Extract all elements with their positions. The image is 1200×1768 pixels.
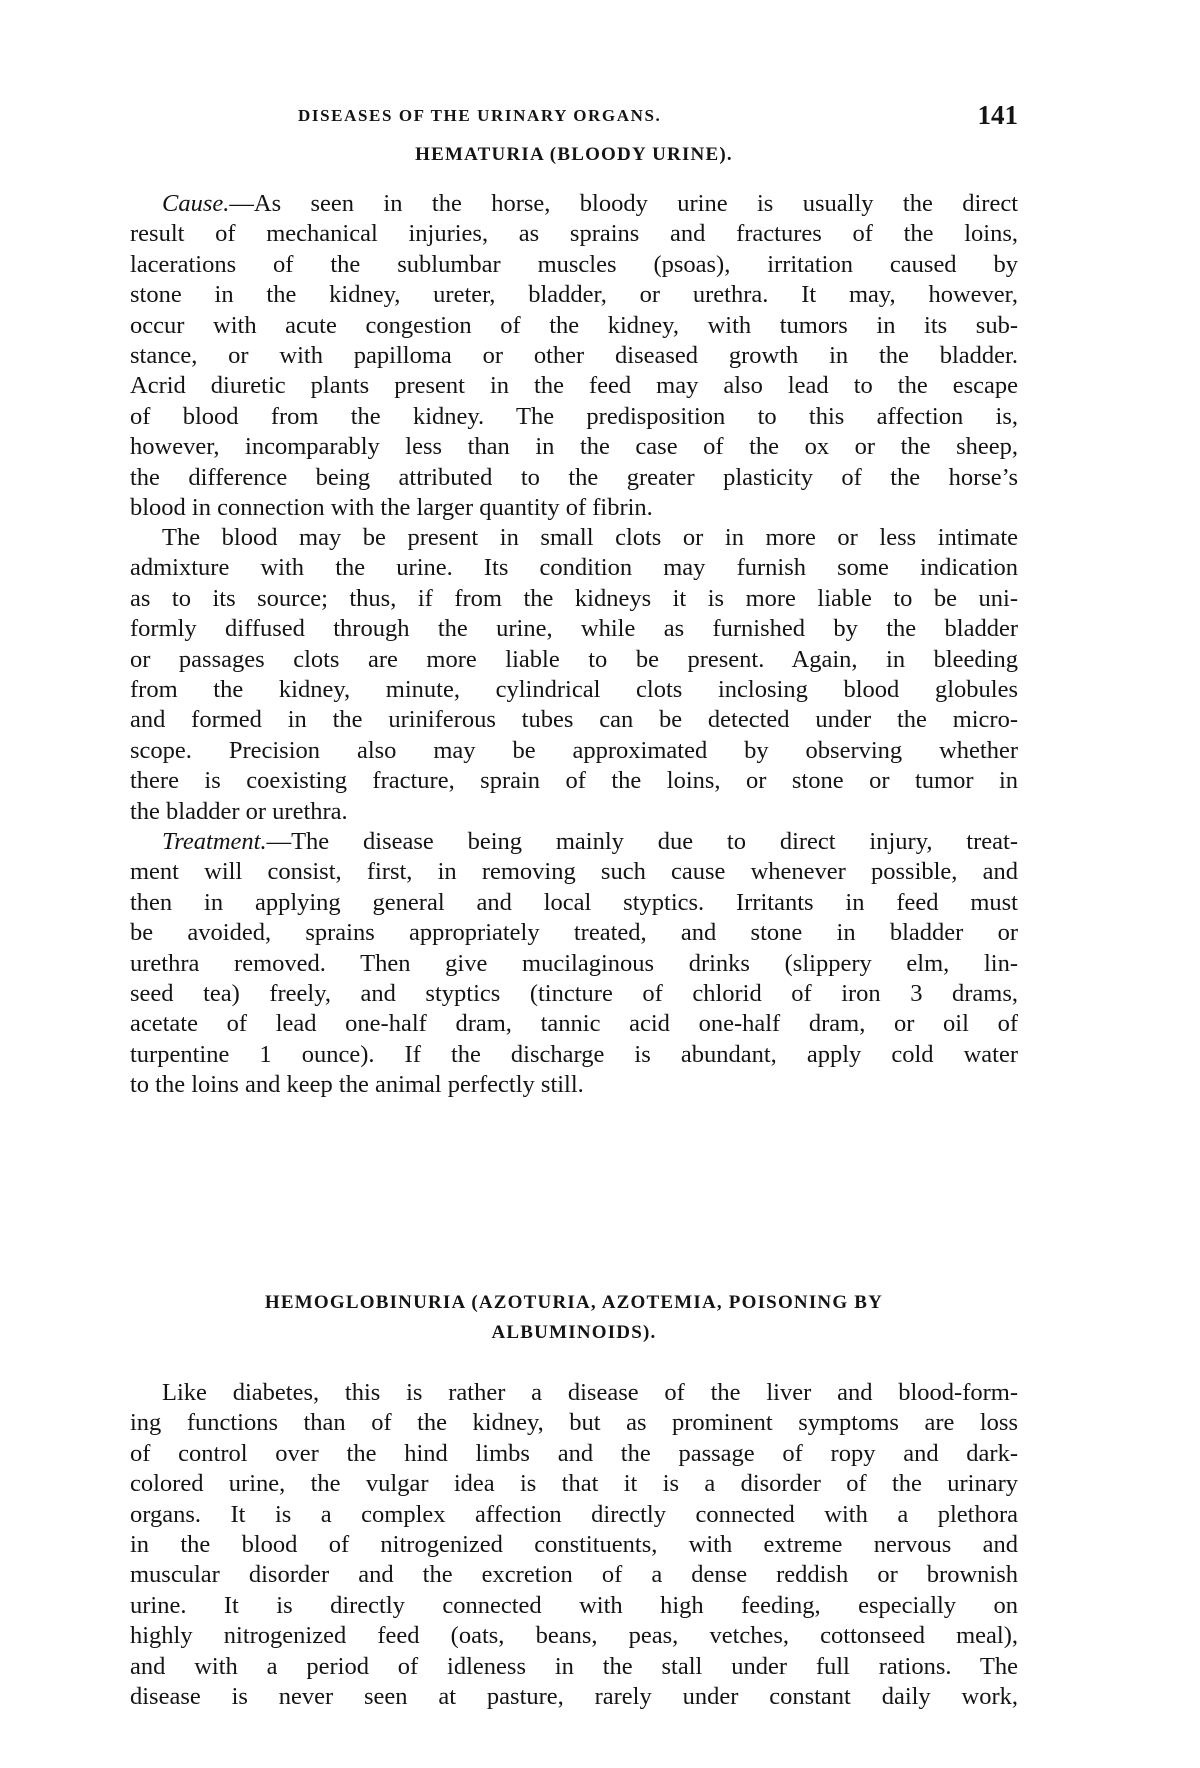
text-line: in the blood of nitrogenized constituent…: [130, 1530, 1018, 1560]
text-line: disease is never seen at pasture, rarely…: [130, 1682, 1018, 1712]
text-line: ing functions than of the kidney, but as…: [130, 1408, 1018, 1438]
book-page: DISEASES OF THE URINARY ORGANS. 141 HEMA…: [0, 0, 1200, 1768]
text-line: formly diffused through the urine, while…: [130, 614, 1018, 644]
text-line: to the loins and keep the animal perfect…: [130, 1070, 1018, 1100]
text-line: however, incomparably less than in the c…: [130, 432, 1018, 462]
page-number: 141: [978, 100, 1019, 131]
heading-line: ALBUMINOIDS).: [130, 1318, 1018, 1348]
paragraph-hemoglobinuria: Like diabetes, this is rather a disease …: [130, 1378, 1018, 1712]
text-line: lacerations of the sublumbar muscles (ps…: [130, 250, 1018, 280]
text-line: there is coexisting fracture, sprain of …: [130, 766, 1018, 796]
text-line: Cause.—As seen in the horse, bloody urin…: [130, 189, 1018, 219]
text-line: result of mechanical injuries, as sprain…: [130, 219, 1018, 249]
running-head: DISEASES OF THE URINARY ORGANS. 141: [130, 100, 1018, 130]
heading-line: HEMOGLOBINURIA (AZOTURIA, AZOTEMIA, POIS…: [130, 1288, 1018, 1318]
text-line: urine. It is directly connected with hig…: [130, 1591, 1018, 1621]
text-line: the difference being attributed to the g…: [130, 463, 1018, 493]
text-line: and with a period of idleness in the sta…: [130, 1652, 1018, 1682]
text-line: or passages clots are more liable to be …: [130, 645, 1018, 675]
text-line: acetate of lead one-half dram, tannic ac…: [130, 1009, 1018, 1039]
text-line: of control over the hind limbs and the p…: [130, 1439, 1018, 1469]
text-line: blood in connection with the larger quan…: [130, 493, 1018, 523]
text-line: colored urine, the vulgar idea is that i…: [130, 1469, 1018, 1499]
text-line: organs. It is a complex affection direct…: [130, 1500, 1018, 1530]
text-line: Treatment.—The disease being mainly due …: [130, 827, 1018, 857]
text-line: Like diabetes, this is rather a disease …: [130, 1378, 1018, 1408]
text-line: from the kidney, minute, cylindrical clo…: [130, 675, 1018, 705]
text-line: occur with acute congestion of the kidne…: [130, 311, 1018, 341]
text-line: scope. Precision also may be approximate…: [130, 736, 1018, 766]
section-heading-hematuria: HEMATURIA (BLOODY URINE).: [130, 140, 1018, 170]
text-line: and formed in the uriniferous tubes can …: [130, 705, 1018, 735]
paragraph-cause: Cause.—As seen in the horse, bloody urin…: [130, 189, 1018, 523]
text-line: highly nitrogenized feed (oats, beans, p…: [130, 1621, 1018, 1651]
text-line: the bladder or urethra.: [130, 797, 1018, 827]
paragraph-lead: Cause.: [162, 190, 229, 217]
text-line: admixture with the urine. Its condition …: [130, 553, 1018, 583]
text-line: then in applying general and local stypt…: [130, 888, 1018, 918]
text-line: turpentine 1 ounce). If the discharge is…: [130, 1040, 1018, 1070]
text-line: urethra removed. Then give mucilaginous …: [130, 949, 1018, 979]
text-line: be avoided, sprains appropriately treate…: [130, 918, 1018, 948]
text-line: The blood may be present in small clots …: [130, 523, 1018, 553]
text-line: stance, or with papilloma or other disea…: [130, 341, 1018, 371]
text-line: ment will consist, first, in removing su…: [130, 857, 1018, 887]
running-title: DISEASES OF THE URINARY ORGANS.: [298, 106, 661, 126]
text-line: Acrid diuretic plants present in the fee…: [130, 371, 1018, 401]
paragraph-treatment: Treatment.—The disease being mainly due …: [130, 827, 1018, 1101]
paragraph-lead: Treatment.: [162, 828, 267, 855]
paragraph-blood-source: The blood may be present in small clots …: [130, 523, 1018, 827]
text-line: muscular disorder and the excretion of a…: [130, 1560, 1018, 1590]
text-line: as to its source; thus, if from the kidn…: [130, 584, 1018, 614]
section-heading-hemoglobinuria: HEMOGLOBINURIA (AZOTURIA, AZOTEMIA, POIS…: [130, 1288, 1018, 1348]
text-line: seed tea) freely, and styptics (tincture…: [130, 979, 1018, 1009]
text-line: of blood from the kidney. The predisposi…: [130, 402, 1018, 432]
text-line: stone in the kidney, ureter, bladder, or…: [130, 280, 1018, 310]
